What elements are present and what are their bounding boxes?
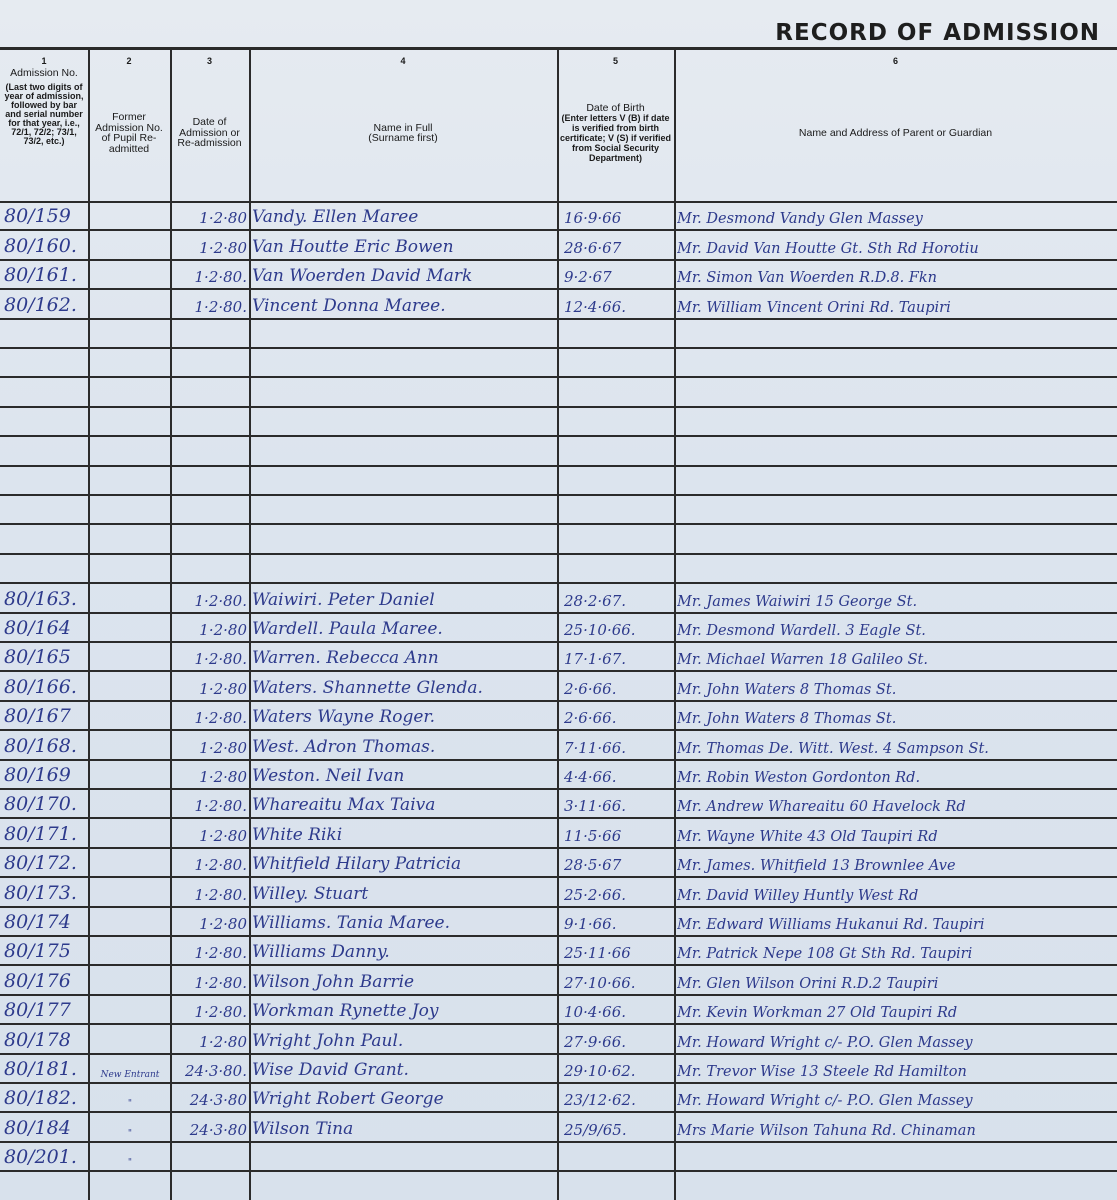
pupil-name: Williams. Tania Maree.	[252, 907, 557, 936]
admission-number: 80/162.	[4, 289, 88, 318]
admission-number: 80/174	[4, 907, 88, 936]
parent-guardian	[677, 1171, 1107, 1200]
admission-date: 1·2·80.	[172, 583, 249, 612]
column-header-parent-guardian: 6 Name and Address of Parent or Guardian	[674, 50, 1117, 200]
date-of-birth: 28·6·67	[560, 230, 674, 259]
admission-number: 80/159	[4, 201, 88, 230]
admission-date: 1·2·80	[172, 671, 249, 700]
pupil-name: Workman Rynette Joy	[252, 995, 557, 1024]
admission-number: 80/172.	[4, 848, 88, 877]
pupil-name: Weston. Neil Ivan	[252, 760, 557, 789]
table-row: 80/170.1·2·80.Whareaitu Max Taiva3·11·66…	[0, 789, 1117, 818]
table-row: 80/161.1·2·80.Van Woerden David Mark9·2·…	[0, 260, 1117, 289]
column-header-date-of-admission: 3 Date of Admission or Re-admission	[170, 50, 249, 200]
admission-number	[4, 1171, 88, 1200]
former-admission-number	[90, 583, 170, 612]
former-admission-number	[90, 877, 170, 906]
former-admission-number	[90, 1171, 170, 1200]
table-row: 80/181.New Entrant24·3·80.Wise David Gra…	[0, 1054, 1117, 1083]
date-of-birth: 2·6·66.	[560, 671, 674, 700]
parent-guardian	[677, 466, 1107, 495]
former-admission-number	[90, 319, 170, 348]
table-row: 80/1691·2·80Weston. Neil Ivan4·4·66.Mr. …	[0, 760, 1117, 789]
date-of-birth	[560, 348, 674, 377]
table-row: 80/1591·2·80Vandy. Ellen Maree16·9·66Mr.…	[0, 201, 1117, 230]
table-row: 80/1651·2·80.Warren. Rebecca Ann17·1·67.…	[0, 642, 1117, 671]
admission-date	[172, 348, 249, 377]
admission-date: 1·2·80.	[172, 289, 249, 318]
admission-number: 80/201.	[4, 1142, 88, 1171]
column-header-former-admission: 2 Former Admission No. of Pupil Re-admit…	[88, 50, 170, 200]
parent-guardian: Mr. Wayne White 43 Old Taupiri Rd	[677, 818, 1107, 847]
former-admission-number	[90, 230, 170, 259]
date-of-birth: 25·2·66.	[560, 877, 674, 906]
parent-guardian: Mr. Michael Warren 18 Galileo St.	[677, 642, 1107, 671]
date-of-birth: 29·10·62.	[560, 1054, 674, 1083]
former-admission-number	[90, 348, 170, 377]
admission-date	[172, 436, 249, 465]
table-row: 80/1751·2·80.Williams Danny.25·11·66Mr. …	[0, 936, 1117, 965]
admission-date	[172, 407, 249, 436]
parent-guardian: Mr. James. Whitfield 13 Brownlee Ave	[677, 848, 1107, 877]
admission-date: 1·2·80	[172, 230, 249, 259]
former-admission-number	[90, 407, 170, 436]
table-row	[0, 554, 1117, 583]
date-of-birth: 9·2·67	[560, 260, 674, 289]
table-row	[0, 1171, 1117, 1200]
date-of-birth	[560, 436, 674, 465]
parent-guardian: Mr. Edward Williams Hukanui Rd. Taupiri	[677, 907, 1107, 936]
pupil-name: Wilson Tina	[252, 1112, 557, 1141]
table-row: 80/1741·2·80Williams. Tania Maree.9·1·66…	[0, 907, 1117, 936]
admission-number: 80/175	[4, 936, 88, 965]
pupil-name: Warren. Rebecca Ann	[252, 642, 557, 671]
date-of-birth	[560, 466, 674, 495]
parent-guardian: Mr. Trevor Wise 13 Steele Rd Hamilton	[677, 1054, 1107, 1083]
former-admission-number: "	[90, 1083, 170, 1112]
admission-date: 1·2·80.	[172, 260, 249, 289]
admission-date: 1·2·80	[172, 818, 249, 847]
parent-guardian: Mr. Kevin Workman 27 Old Taupiri Rd	[677, 995, 1107, 1024]
former-admission-number	[90, 907, 170, 936]
parent-guardian	[677, 377, 1107, 406]
admission-number: 80/169	[4, 760, 88, 789]
date-of-birth: 12·4·66.	[560, 289, 674, 318]
former-admission-number	[90, 818, 170, 847]
parent-guardian	[677, 348, 1107, 377]
table-row: 80/1771·2·80.Workman Rynette Joy10·4·66.…	[0, 995, 1117, 1024]
column-number: 6	[893, 56, 898, 66]
pupil-name: Van Houtte Eric Bowen	[252, 230, 557, 259]
former-admission-number	[90, 995, 170, 1024]
pupil-name	[252, 407, 557, 436]
parent-guardian: Mr. Patrick Nepe 108 Gt Sth Rd. Taupiri	[677, 936, 1107, 965]
admission-date: 24·3·80	[172, 1083, 249, 1112]
table-row: 80/201."	[0, 1142, 1117, 1171]
pupil-name	[252, 466, 557, 495]
date-of-birth: 25·11·66	[560, 936, 674, 965]
parent-guardian: Mr. James Waiwiri 15 George St.	[677, 583, 1107, 612]
admission-number: 80/181.	[4, 1054, 88, 1083]
date-of-birth	[560, 554, 674, 583]
former-admission-number	[90, 495, 170, 524]
table-row	[0, 524, 1117, 553]
date-of-birth	[560, 377, 674, 406]
parent-guardian	[677, 554, 1107, 583]
column-title: Admission No.	[2, 68, 86, 79]
table-row: 80/166.1·2·80Waters. Shannette Glenda.2·…	[0, 671, 1117, 700]
table-row	[0, 495, 1117, 524]
pupil-name	[252, 554, 557, 583]
date-of-birth	[560, 1142, 674, 1171]
admission-date: 1·2·80.	[172, 936, 249, 965]
column-title: Date of Admission or Re-admission	[172, 117, 247, 149]
table-row	[0, 436, 1117, 465]
column-title: Date of Birth	[559, 103, 672, 114]
former-admission-number	[90, 524, 170, 553]
former-admission-number	[90, 201, 170, 230]
column-note: (Surname first)	[368, 133, 437, 144]
former-admission-number	[90, 848, 170, 877]
date-of-birth: 27·10·66.	[560, 965, 674, 994]
pupil-name: Whareaitu Max Taiva	[252, 789, 557, 818]
admission-number: 80/167	[4, 701, 88, 730]
former-admission-number	[90, 377, 170, 406]
former-admission-number	[90, 466, 170, 495]
column-note: (Last two digits of year of admission, f…	[2, 83, 86, 146]
admission-number: 80/161.	[4, 260, 88, 289]
former-admission-number	[90, 613, 170, 642]
pupil-name	[252, 1171, 557, 1200]
admission-date: 1·2·80.	[172, 965, 249, 994]
pupil-name	[252, 495, 557, 524]
parent-guardian	[677, 495, 1107, 524]
table-row: 80/1671·2·80.Waters Wayne Roger.2·6·66.M…	[0, 701, 1117, 730]
admission-number: 80/168.	[4, 730, 88, 759]
table-row: 80/172.1·2·80.Whitfield Hilary Patricia2…	[0, 848, 1117, 877]
admission-number	[4, 407, 88, 436]
parent-guardian: Mr. David Van Houtte Gt. Sth Rd Horotiu	[677, 230, 1107, 259]
former-admission-number: New Entrant	[90, 1054, 170, 1083]
table-row: 80/184"24·3·80Wilson Tina25/9/65.Mrs Mar…	[0, 1112, 1117, 1141]
pupil-name	[252, 319, 557, 348]
date-of-birth: 3·11·66.	[560, 789, 674, 818]
column-title: Former Admission No. of Pupil Re-admitte…	[90, 112, 168, 154]
admission-number: 80/170.	[4, 789, 88, 818]
parent-guardian: Mr. John Waters 8 Thomas St.	[677, 701, 1107, 730]
admission-number	[4, 319, 88, 348]
former-admission-number	[90, 701, 170, 730]
parent-guardian: Mr. Howard Wright c/- P.O. Glen Massey	[677, 1024, 1107, 1053]
parent-guardian: Mrs Marie Wilson Tahuna Rd. Chinaman	[677, 1112, 1107, 1141]
pupil-name	[252, 436, 557, 465]
pupil-name: Whitfield Hilary Patricia	[252, 848, 557, 877]
admission-number: 80/176	[4, 965, 88, 994]
parent-guardian: Mr. Howard Wright c/- P.O. Glen Massey	[677, 1083, 1107, 1112]
table-row: 80/160.1·2·80Van Houtte Eric Bowen28·6·6…	[0, 230, 1117, 259]
former-admission-number	[90, 936, 170, 965]
admission-number: 80/165	[4, 642, 88, 671]
admission-number	[4, 436, 88, 465]
former-admission-number	[90, 730, 170, 759]
table-row: 80/1781·2·80Wright John Paul.27·9·66.Mr.…	[0, 1024, 1117, 1053]
former-admission-number	[90, 642, 170, 671]
admission-number	[4, 524, 88, 553]
admission-number: 80/160.	[4, 230, 88, 259]
admission-date	[172, 1171, 249, 1200]
parent-guardian	[677, 524, 1107, 553]
admission-number	[4, 377, 88, 406]
pupil-name: Vincent Donna Maree.	[252, 289, 557, 318]
date-of-birth: 2·6·66.	[560, 701, 674, 730]
parent-guardian: Mr. David Willey Huntly West Rd	[677, 877, 1107, 906]
table-row	[0, 407, 1117, 436]
pupil-name: Waters. Shannette Glenda.	[252, 671, 557, 700]
date-of-birth: 17·1·67.	[560, 642, 674, 671]
date-of-birth	[560, 1171, 674, 1200]
admission-date: 1·2·80	[172, 1024, 249, 1053]
parent-guardian	[677, 1142, 1107, 1171]
date-of-birth: 16·9·66	[560, 201, 674, 230]
pupil-name	[252, 1142, 557, 1171]
column-number: 4	[400, 56, 405, 66]
admission-date	[172, 466, 249, 495]
admission-date	[172, 1142, 249, 1171]
date-of-birth: 28·2·67.	[560, 583, 674, 612]
admission-register-table: 1 Admission No. (Last two digits of year…	[0, 47, 1117, 1200]
date-of-birth: 9·1·66.	[560, 907, 674, 936]
pupil-name: Wardell. Paula Maree.	[252, 613, 557, 642]
admission-date: 1·2·80.	[172, 701, 249, 730]
admission-date	[172, 554, 249, 583]
date-of-birth: 7·11·66.	[560, 730, 674, 759]
admission-date: 1·2·80.	[172, 642, 249, 671]
pupil-name: Van Woerden David Mark	[252, 260, 557, 289]
date-of-birth: 27·9·66.	[560, 1024, 674, 1053]
date-of-birth	[560, 319, 674, 348]
admission-number	[4, 495, 88, 524]
date-of-birth: 28·5·67	[560, 848, 674, 877]
parent-guardian: Mr. Simon Van Woerden R.D.8. Fkn	[677, 260, 1107, 289]
former-admission-number	[90, 760, 170, 789]
former-admission-number	[90, 554, 170, 583]
parent-guardian	[677, 407, 1107, 436]
ledger-page: RECORD OF ADMISSION 1 Admission No. (Las…	[0, 0, 1117, 1200]
former-admission-number: "	[90, 1112, 170, 1141]
pupil-name	[252, 348, 557, 377]
table-row	[0, 466, 1117, 495]
admission-number: 80/177	[4, 995, 88, 1024]
date-of-birth: 10·4·66.	[560, 995, 674, 1024]
admission-number: 80/173.	[4, 877, 88, 906]
pupil-name: Waiwiri. Peter Daniel	[252, 583, 557, 612]
admission-number: 80/166.	[4, 671, 88, 700]
former-admission-number	[90, 436, 170, 465]
admission-date: 1·2·80	[172, 201, 249, 230]
former-admission-number: "	[90, 1142, 170, 1171]
admission-number	[4, 348, 88, 377]
admission-number: 80/171.	[4, 818, 88, 847]
parent-guardian	[677, 319, 1107, 348]
date-of-birth: 4·4·66.	[560, 760, 674, 789]
column-number: 3	[207, 56, 212, 66]
admission-date	[172, 377, 249, 406]
date-of-birth: 25·10·66.	[560, 613, 674, 642]
column-header-date-of-birth: 5 Date of Birth (Enter letters V (B) if …	[557, 50, 674, 200]
column-header-admission-no: 1 Admission No. (Last two digits of year…	[0, 50, 88, 200]
column-number: 5	[613, 56, 618, 66]
admission-date: 1·2·80	[172, 730, 249, 759]
admission-date	[172, 495, 249, 524]
pupil-name: West. Adron Thomas.	[252, 730, 557, 759]
admission-date: 1·2·80	[172, 613, 249, 642]
table-row: 80/173.1·2·80.Willey. Stuart25·2·66.Mr. …	[0, 877, 1117, 906]
admission-date: 1·2·80	[172, 907, 249, 936]
table-row: 80/171.1·2·80White Riki11·5·66Mr. Wayne …	[0, 818, 1117, 847]
table-row: 80/163.1·2·80.Waiwiri. Peter Daniel28·2·…	[0, 583, 1117, 612]
column-header-name-in-full: 4 Name in Full (Surname first)	[249, 50, 557, 200]
pupil-name: Wilson John Barrie	[252, 965, 557, 994]
admission-date: 1·2·80	[172, 760, 249, 789]
parent-guardian: Mr. William Vincent Orini Rd. Taupiri	[677, 289, 1107, 318]
admission-number: 80/184	[4, 1112, 88, 1141]
admission-number: 80/178	[4, 1024, 88, 1053]
admission-number	[4, 466, 88, 495]
admission-number: 80/163.	[4, 583, 88, 612]
admission-date: 1·2·80.	[172, 877, 249, 906]
parent-guardian: Mr. Thomas De. Witt. West. 4 Sampson St.	[677, 730, 1107, 759]
date-of-birth: 11·5·66	[560, 818, 674, 847]
column-number: 2	[126, 56, 131, 66]
pupil-name: Waters Wayne Roger.	[252, 701, 557, 730]
date-of-birth: 23/12·62.	[560, 1083, 674, 1112]
table-row: 80/168.1·2·80West. Adron Thomas.7·11·66.…	[0, 730, 1117, 759]
table-row	[0, 348, 1117, 377]
parent-guardian: Mr. Desmond Wardell. 3 Eagle St.	[677, 613, 1107, 642]
table-row	[0, 377, 1117, 406]
date-of-birth	[560, 524, 674, 553]
pupil-name: Willey. Stuart	[252, 877, 557, 906]
table-row: 80/162.1·2·80.Vincent Donna Maree.12·4·6…	[0, 289, 1117, 318]
pupil-name: Williams Danny.	[252, 936, 557, 965]
pupil-name: Wright Robert George	[252, 1083, 557, 1112]
admission-date	[172, 319, 249, 348]
table-row: 80/1761·2·80.Wilson John Barrie27·10·66.…	[0, 965, 1117, 994]
pupil-name: Wise David Grant.	[252, 1054, 557, 1083]
table-row: 80/182."24·3·80Wright Robert George23/12…	[0, 1083, 1117, 1112]
parent-guardian: Mr. Glen Wilson Orini R.D.2 Taupiri	[677, 965, 1107, 994]
former-admission-number	[90, 1024, 170, 1053]
page-title: RECORD OF ADMISSION	[760, 20, 1100, 46]
date-of-birth	[560, 495, 674, 524]
date-of-birth: 25/9/65.	[560, 1112, 674, 1141]
admission-number	[4, 554, 88, 583]
former-admission-number	[90, 671, 170, 700]
admission-number: 80/164	[4, 613, 88, 642]
admission-date: 1·2·80.	[172, 789, 249, 818]
date-of-birth	[560, 407, 674, 436]
parent-guardian: Mr. Andrew Whareaitu 60 Havelock Rd	[677, 789, 1107, 818]
table-row: 80/1641·2·80Wardell. Paula Maree.25·10·6…	[0, 613, 1117, 642]
pupil-name	[252, 377, 557, 406]
pupil-name	[252, 524, 557, 553]
parent-guardian: Mr. John Waters 8 Thomas St.	[677, 671, 1107, 700]
pupil-name: White Riki	[252, 818, 557, 847]
admission-date	[172, 524, 249, 553]
admission-date: 1·2·80.	[172, 995, 249, 1024]
pupil-name: Vandy. Ellen Maree	[252, 201, 557, 230]
former-admission-number	[90, 965, 170, 994]
column-title: Name and Address of Parent or Guardian	[799, 128, 992, 139]
column-note: (Enter letters V (B) if date is verified…	[559, 113, 672, 163]
parent-guardian: Mr. Desmond Vandy Glen Massey	[677, 201, 1107, 230]
parent-guardian: Mr. Robin Weston Gordonton Rd.	[677, 760, 1107, 789]
column-number: 1	[41, 56, 46, 66]
admission-date: 1·2·80.	[172, 848, 249, 877]
former-admission-number	[90, 260, 170, 289]
admission-date: 24·3·80	[172, 1112, 249, 1141]
admission-number: 80/182.	[4, 1083, 88, 1112]
former-admission-number	[90, 789, 170, 818]
table-row	[0, 319, 1117, 348]
pupil-name: Wright John Paul.	[252, 1024, 557, 1053]
admission-date: 24·3·80.	[172, 1054, 249, 1083]
former-admission-number	[90, 289, 170, 318]
parent-guardian	[677, 436, 1107, 465]
